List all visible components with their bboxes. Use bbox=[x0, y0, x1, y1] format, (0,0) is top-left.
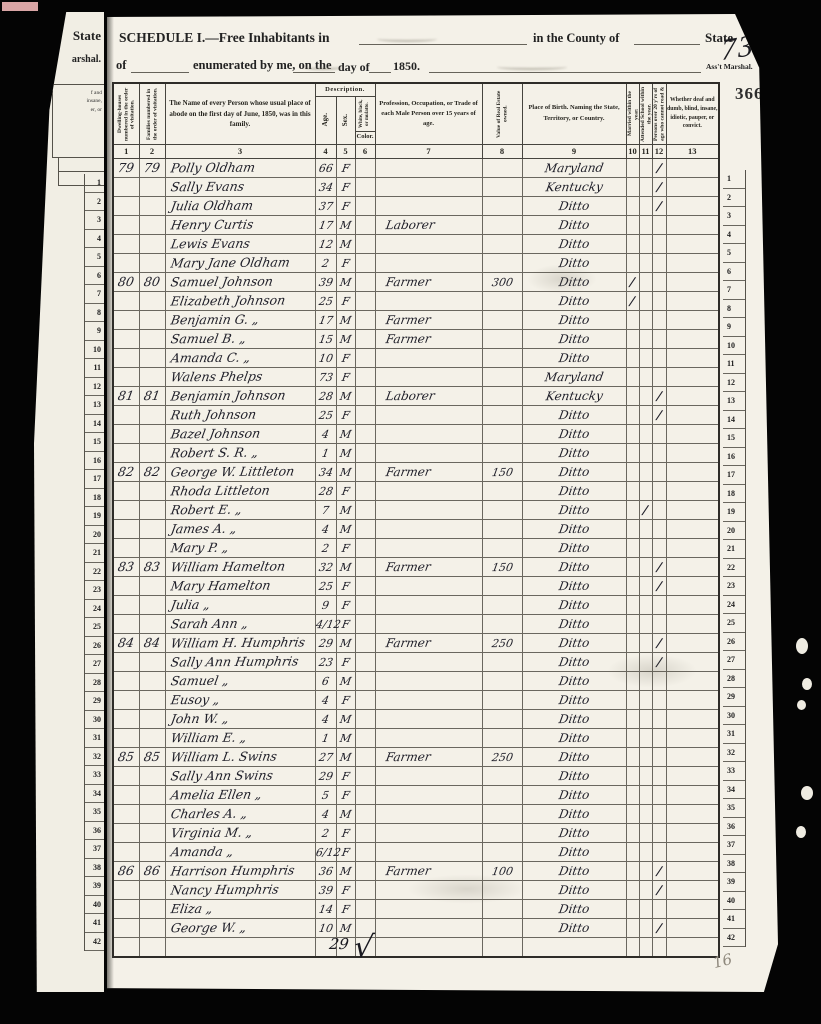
blank-line bbox=[369, 72, 391, 73]
table-row: 86 86 Harrison Humphris 36 M Farmer 100 … bbox=[113, 861, 719, 880]
cell-cannot-read bbox=[652, 215, 666, 234]
cell-color bbox=[355, 367, 375, 386]
cell-name: James A. „ bbox=[165, 519, 315, 538]
cell-condition bbox=[666, 899, 719, 918]
cell-occupation: Farmer bbox=[375, 329, 482, 348]
col-header-name: The Name of every Person whose usual pla… bbox=[165, 83, 315, 144]
cell-condition bbox=[666, 918, 719, 937]
cell-sex: F bbox=[336, 481, 355, 500]
cell-occupation bbox=[375, 177, 482, 196]
row-number: 30 bbox=[85, 711, 104, 730]
cell-name: Sally Ann Humphris bbox=[165, 652, 315, 671]
row-number: 37 bbox=[85, 840, 104, 859]
cell-dwelling bbox=[113, 443, 139, 462]
row-number: 20 bbox=[723, 522, 745, 541]
cell-condition bbox=[666, 405, 719, 424]
table-row: Virginia M. „ 2 F Ditto bbox=[113, 823, 719, 842]
cell-color bbox=[355, 196, 375, 215]
col-header-cannot-read: Persons over 20 y'rs of age who cannot r… bbox=[652, 83, 666, 144]
cell-age: 2 bbox=[315, 253, 336, 272]
cell-name: William H. Humphris bbox=[165, 633, 315, 652]
cell-married bbox=[626, 918, 639, 937]
cell-occupation bbox=[375, 443, 482, 462]
cell-color bbox=[355, 652, 375, 671]
cell-cannot-read bbox=[652, 899, 666, 918]
cell-married bbox=[626, 861, 639, 880]
cell-sex: M bbox=[336, 861, 355, 880]
cell-value bbox=[482, 177, 522, 196]
cell-age: 9 bbox=[315, 595, 336, 614]
cell-age: 6 bbox=[315, 671, 336, 690]
table-row: Lewis Evans 12 M Ditto bbox=[113, 234, 719, 253]
cell-cannot-read bbox=[652, 253, 666, 272]
column-number-row: 12 34 56 78 910 1112 13 bbox=[113, 144, 719, 158]
cell-family bbox=[139, 329, 165, 348]
cell-birthplace: Ditto bbox=[522, 196, 626, 215]
cell-age: 28 bbox=[315, 386, 336, 405]
cell-cannot-read bbox=[652, 310, 666, 329]
col-header-occupation: Profession, Occupation, or Trade of each… bbox=[375, 83, 482, 144]
row-number: 5 bbox=[723, 244, 745, 263]
cell-dwelling bbox=[113, 253, 139, 272]
cell-sex: F bbox=[336, 348, 355, 367]
cell-age: 2 bbox=[315, 823, 336, 842]
cell-color bbox=[355, 728, 375, 747]
cell-sex: F bbox=[336, 576, 355, 595]
cell-dwelling bbox=[113, 329, 139, 348]
table-row: 84 84 William H. Humphris 29 M Farmer 25… bbox=[113, 633, 719, 652]
cell-condition bbox=[666, 842, 719, 861]
blank-line bbox=[293, 72, 335, 73]
cell-color bbox=[355, 709, 375, 728]
cell-occupation bbox=[375, 234, 482, 253]
row-number: 22 bbox=[723, 559, 745, 578]
cell-value bbox=[482, 728, 522, 747]
table-row: 79 79 Polly Oldham 66 F Maryland ∕ bbox=[113, 158, 719, 177]
cell-family bbox=[139, 576, 165, 595]
cell-condition bbox=[666, 595, 719, 614]
cell-color bbox=[355, 519, 375, 538]
cell-sex: M bbox=[336, 804, 355, 823]
cell-cannot-read bbox=[652, 291, 666, 310]
cell-color bbox=[355, 177, 375, 196]
cell-married bbox=[626, 709, 639, 728]
cell-value: 250 bbox=[482, 747, 522, 766]
cell-condition bbox=[666, 614, 719, 633]
cell-dwelling bbox=[113, 177, 139, 196]
cell-birthplace: Ditto bbox=[522, 576, 626, 595]
table-row: Eusoy „ 4 F Ditto bbox=[113, 690, 719, 709]
cell-cannot-read bbox=[652, 709, 666, 728]
table-row: 81 81 Benjamin Johnson 28 M Laborer Kent… bbox=[113, 386, 719, 405]
cell-cannot-read bbox=[652, 519, 666, 538]
cell-name: William E. „ bbox=[165, 728, 315, 747]
cell-occupation: Farmer bbox=[375, 557, 482, 576]
cell-color bbox=[355, 633, 375, 652]
cell-sex: F bbox=[336, 766, 355, 785]
cell-birthplace: Maryland bbox=[522, 367, 626, 386]
cell-value bbox=[482, 234, 522, 253]
cell-family bbox=[139, 424, 165, 443]
cell-value bbox=[482, 253, 522, 272]
cell-sex: M bbox=[336, 671, 355, 690]
cell-school bbox=[639, 215, 652, 234]
row-number: 15 bbox=[723, 429, 745, 448]
cell-school bbox=[639, 234, 652, 253]
cell-sex: F bbox=[336, 690, 355, 709]
cell-condition bbox=[666, 823, 719, 842]
row-number-rail: 1234567891011121314151617181920212223242… bbox=[723, 170, 746, 947]
cell-dwelling bbox=[113, 804, 139, 823]
cell-school bbox=[639, 310, 652, 329]
table-row: George W. „ 10 M Ditto ∕ bbox=[113, 918, 719, 937]
cell-birthplace: Ditto bbox=[522, 462, 626, 481]
table-row: Mary Jane Oldham 2 F Ditto bbox=[113, 253, 719, 272]
cell-family bbox=[139, 443, 165, 462]
cell-age: 28 bbox=[315, 481, 336, 500]
col-header-family: Families numbered in the order of visita… bbox=[139, 83, 165, 144]
cell-dwelling bbox=[113, 310, 139, 329]
cell-married bbox=[626, 386, 639, 405]
table-row: Robert E. „ 7 M Ditto ∕ bbox=[113, 500, 719, 519]
cell-occupation bbox=[375, 158, 482, 177]
cell-cannot-read bbox=[652, 937, 666, 957]
cell-birthplace: Ditto bbox=[522, 595, 626, 614]
cell-color bbox=[355, 861, 375, 880]
color-label: Color. bbox=[356, 131, 375, 141]
cell-school bbox=[639, 253, 652, 272]
cell-cannot-read: ∕ bbox=[652, 386, 666, 405]
cell-condition bbox=[666, 481, 719, 500]
cell-family bbox=[139, 405, 165, 424]
table-row: 83 83 William Hamelton 32 M Farmer 150 D… bbox=[113, 557, 719, 576]
cell-cannot-read bbox=[652, 348, 666, 367]
tally-number: 29 bbox=[328, 935, 350, 953]
cell-school bbox=[639, 861, 652, 880]
table-row: Sally Ann Swins 29 F Ditto bbox=[113, 766, 719, 785]
table-row: Bazel Johnson 4 M Ditto bbox=[113, 424, 719, 443]
cell-occupation: Farmer bbox=[375, 747, 482, 766]
cell-age: 10 bbox=[315, 348, 336, 367]
table-row: Elizabeth Johnson 25 F Ditto ∕ bbox=[113, 291, 719, 310]
cell-occupation: Farmer bbox=[375, 310, 482, 329]
cell-family: 80 bbox=[139, 272, 165, 291]
cell-color bbox=[355, 690, 375, 709]
row-number: 9 bbox=[723, 318, 745, 337]
cell-color bbox=[355, 386, 375, 405]
cell-age: 4 bbox=[315, 424, 336, 443]
cell-married bbox=[626, 899, 639, 918]
cell-school bbox=[639, 747, 652, 766]
cell-condition bbox=[666, 443, 719, 462]
cell-married bbox=[626, 842, 639, 861]
row-number: 12 bbox=[723, 374, 745, 393]
cell-school bbox=[639, 329, 652, 348]
table-row bbox=[113, 937, 719, 957]
cell-age: 66 bbox=[315, 158, 336, 177]
cell-school bbox=[639, 272, 652, 291]
cell-cannot-read: ∕ bbox=[652, 880, 666, 899]
cell-married bbox=[626, 728, 639, 747]
cell-age: 23 bbox=[315, 652, 336, 671]
cell-color bbox=[355, 766, 375, 785]
cell-birthplace: Ditto bbox=[522, 899, 626, 918]
cell-color bbox=[355, 462, 375, 481]
cell-married bbox=[626, 557, 639, 576]
color-subheader: White, black, or mulatto. bbox=[359, 97, 371, 131]
row-number: 17 bbox=[723, 466, 745, 485]
cell-occupation: Farmer bbox=[375, 462, 482, 481]
row-number: 3 bbox=[723, 207, 745, 226]
cell-age: 37 bbox=[315, 196, 336, 215]
cell-condition bbox=[666, 538, 719, 557]
row-number: 23 bbox=[85, 581, 104, 600]
cell-birthplace: Ditto bbox=[522, 785, 626, 804]
cell-occupation bbox=[375, 842, 482, 861]
col-header-value: Value of Real Estate owned. bbox=[482, 83, 522, 144]
cell-condition bbox=[666, 519, 719, 538]
cell-occupation bbox=[375, 405, 482, 424]
cell-occupation bbox=[375, 481, 482, 500]
cell-value bbox=[482, 804, 522, 823]
row-number: 36 bbox=[85, 822, 104, 841]
cell-sex: F bbox=[336, 405, 355, 424]
row-number: 31 bbox=[723, 725, 745, 744]
row-number: 35 bbox=[85, 803, 104, 822]
cell-age: 73 bbox=[315, 367, 336, 386]
cell-dwelling bbox=[113, 614, 139, 633]
cell-age: 25 bbox=[315, 576, 336, 595]
cell-school: ∕ bbox=[639, 500, 652, 519]
cell-family bbox=[139, 690, 165, 709]
cell-dwelling bbox=[113, 481, 139, 500]
cell-family bbox=[139, 804, 165, 823]
row-number: 39 bbox=[85, 877, 104, 896]
cell-sex: M bbox=[336, 443, 355, 462]
cell-value bbox=[482, 709, 522, 728]
cell-school bbox=[639, 405, 652, 424]
cell-family: 86 bbox=[139, 861, 165, 880]
table-row: James A. „ 4 M Ditto bbox=[113, 519, 719, 538]
cell-school bbox=[639, 880, 652, 899]
row-number: 36 bbox=[723, 818, 745, 837]
cell-color bbox=[355, 405, 375, 424]
table-row: John W. „ 4 M Ditto bbox=[113, 709, 719, 728]
cell-married bbox=[626, 253, 639, 272]
cell-birthplace: Ditto bbox=[522, 918, 626, 937]
cell-name: Benjamin Johnson bbox=[165, 386, 315, 405]
cell-family bbox=[139, 728, 165, 747]
cell-condition bbox=[666, 329, 719, 348]
cell-birthplace bbox=[522, 937, 626, 957]
cell-value bbox=[482, 766, 522, 785]
cell-dwelling bbox=[113, 196, 139, 215]
cell-occupation bbox=[375, 595, 482, 614]
cell-name: Amanda „ bbox=[165, 842, 315, 861]
row-number: 6 bbox=[85, 267, 104, 286]
cell-family bbox=[139, 671, 165, 690]
cell-married bbox=[626, 462, 639, 481]
faint-handwriting bbox=[497, 64, 567, 70]
schedule-title: SCHEDULE I.—Free Inhabitants in bbox=[119, 30, 330, 46]
prev-page-header-fragment: f and insane, er, or bbox=[52, 84, 104, 158]
cell-cannot-read bbox=[652, 234, 666, 253]
cell-cannot-read bbox=[652, 804, 666, 823]
cell-occupation bbox=[375, 918, 482, 937]
cell-name: Rhoda Littleton bbox=[165, 481, 315, 500]
cell-dwelling bbox=[113, 671, 139, 690]
cell-dwelling bbox=[113, 538, 139, 557]
cell-condition bbox=[666, 424, 719, 443]
cell-school bbox=[639, 424, 652, 443]
cell-value bbox=[482, 215, 522, 234]
cell-cannot-read bbox=[652, 785, 666, 804]
cell-birthplace: Ditto bbox=[522, 728, 626, 747]
cell-school bbox=[639, 766, 652, 785]
cell-occupation bbox=[375, 728, 482, 747]
row-number: 1 bbox=[85, 174, 104, 193]
row-number: 34 bbox=[85, 785, 104, 804]
row-number: 22 bbox=[85, 563, 104, 582]
cell-married bbox=[626, 576, 639, 595]
cell-value bbox=[482, 538, 522, 557]
cell-birthplace: Ditto bbox=[522, 215, 626, 234]
cell-color bbox=[355, 424, 375, 443]
cell-married bbox=[626, 747, 639, 766]
cell-name: Mary Hamelton bbox=[165, 576, 315, 595]
row-number: 42 bbox=[723, 929, 745, 948]
census-scan: State arshal. f and insane, er, or 12345… bbox=[0, 0, 821, 1024]
cell-name: Charles A. „ bbox=[165, 804, 315, 823]
cell-sex: F bbox=[336, 253, 355, 272]
cell-color bbox=[355, 215, 375, 234]
cell-birthplace: Ditto bbox=[522, 291, 626, 310]
cell-sex: F bbox=[336, 823, 355, 842]
row-number: 14 bbox=[723, 411, 745, 430]
cell-name: Samuel Johnson bbox=[165, 272, 315, 291]
cell-sex: F bbox=[336, 785, 355, 804]
cell-condition bbox=[666, 690, 719, 709]
cell-name: Elizabeth Johnson bbox=[165, 291, 315, 310]
cell-occupation bbox=[375, 804, 482, 823]
cell-sex: M bbox=[336, 728, 355, 747]
table-row: Sarah Ann „ 4/12 F Ditto bbox=[113, 614, 719, 633]
row-number: 26 bbox=[723, 633, 745, 652]
cell-condition bbox=[666, 557, 719, 576]
cell-family bbox=[139, 196, 165, 215]
table-row: Eliza „ 14 F Ditto bbox=[113, 899, 719, 918]
paper-speck bbox=[797, 700, 806, 710]
cell-name: Polly Oldham bbox=[165, 158, 315, 177]
cell-value bbox=[482, 348, 522, 367]
cell-cannot-read bbox=[652, 538, 666, 557]
table-row: Samuel B. „ 15 M Farmer Ditto bbox=[113, 329, 719, 348]
paper-speck bbox=[801, 786, 813, 800]
cell-cannot-read: ∕ bbox=[652, 405, 666, 424]
cell-color bbox=[355, 804, 375, 823]
cell-value bbox=[482, 443, 522, 462]
cell-condition bbox=[666, 633, 719, 652]
cell-value bbox=[482, 329, 522, 348]
table-row: Ruth Johnson 25 F Ditto ∕ bbox=[113, 405, 719, 424]
row-number: 8 bbox=[85, 304, 104, 323]
cell-family bbox=[139, 177, 165, 196]
cell-occupation bbox=[375, 652, 482, 671]
row-number: 16 bbox=[85, 452, 104, 471]
row-number: 11 bbox=[723, 355, 745, 374]
cell-family bbox=[139, 766, 165, 785]
handwritten-page-number: 731 bbox=[721, 26, 772, 68]
cell-occupation bbox=[375, 253, 482, 272]
blank-line bbox=[359, 44, 527, 45]
cell-school bbox=[639, 519, 652, 538]
row-number: 24 bbox=[723, 596, 745, 615]
cell-condition bbox=[666, 158, 719, 177]
row-number: 9 bbox=[85, 322, 104, 341]
cell-dwelling bbox=[113, 234, 139, 253]
cell-family bbox=[139, 215, 165, 234]
cell-birthplace: Ditto bbox=[522, 348, 626, 367]
cell-condition bbox=[666, 785, 719, 804]
cell-school bbox=[639, 595, 652, 614]
day-of-label: day of bbox=[338, 60, 370, 75]
row-number: 5 bbox=[85, 248, 104, 267]
smudge bbox=[407, 874, 527, 904]
cell-condition bbox=[666, 215, 719, 234]
row-number: 27 bbox=[723, 651, 745, 670]
cell-sex: M bbox=[336, 386, 355, 405]
cell-school bbox=[639, 918, 652, 937]
cell-occupation bbox=[375, 538, 482, 557]
cell-age: 15 bbox=[315, 329, 336, 348]
cell-name: Benjamin G. „ bbox=[165, 310, 315, 329]
cell-dwelling bbox=[113, 519, 139, 538]
cell-age: 32 bbox=[315, 557, 336, 576]
cell-dwelling bbox=[113, 823, 139, 842]
faint-handwriting bbox=[377, 36, 437, 42]
cell-school bbox=[639, 842, 652, 861]
cell-cannot-read bbox=[652, 747, 666, 766]
cell-occupation bbox=[375, 424, 482, 443]
cell-family bbox=[139, 880, 165, 899]
cell-cannot-read bbox=[652, 842, 666, 861]
row-number: 40 bbox=[723, 892, 745, 911]
cell-school bbox=[639, 899, 652, 918]
cell-age: 34 bbox=[315, 462, 336, 481]
cell-birthplace: Ditto bbox=[522, 424, 626, 443]
cell-occupation bbox=[375, 519, 482, 538]
cell-dwelling: 83 bbox=[113, 557, 139, 576]
cell-school bbox=[639, 481, 652, 500]
cell-occupation bbox=[375, 937, 482, 957]
cell-school bbox=[639, 177, 652, 196]
row-number: 30 bbox=[723, 707, 745, 726]
cell-age: 39 bbox=[315, 272, 336, 291]
cell-married bbox=[626, 614, 639, 633]
cell-cannot-read bbox=[652, 766, 666, 785]
cell-color bbox=[355, 500, 375, 519]
cell-birthplace: Ditto bbox=[522, 690, 626, 709]
col-header-description: Description. bbox=[315, 83, 375, 96]
cell-family bbox=[139, 348, 165, 367]
cell-name: Harrison Humphris bbox=[165, 861, 315, 880]
cell-occupation bbox=[375, 614, 482, 633]
cell-married bbox=[626, 519, 639, 538]
cell-name: Virginia M. „ bbox=[165, 823, 315, 842]
cell-value bbox=[482, 158, 522, 177]
cell-married bbox=[626, 177, 639, 196]
county-label: in the County of bbox=[533, 31, 619, 46]
